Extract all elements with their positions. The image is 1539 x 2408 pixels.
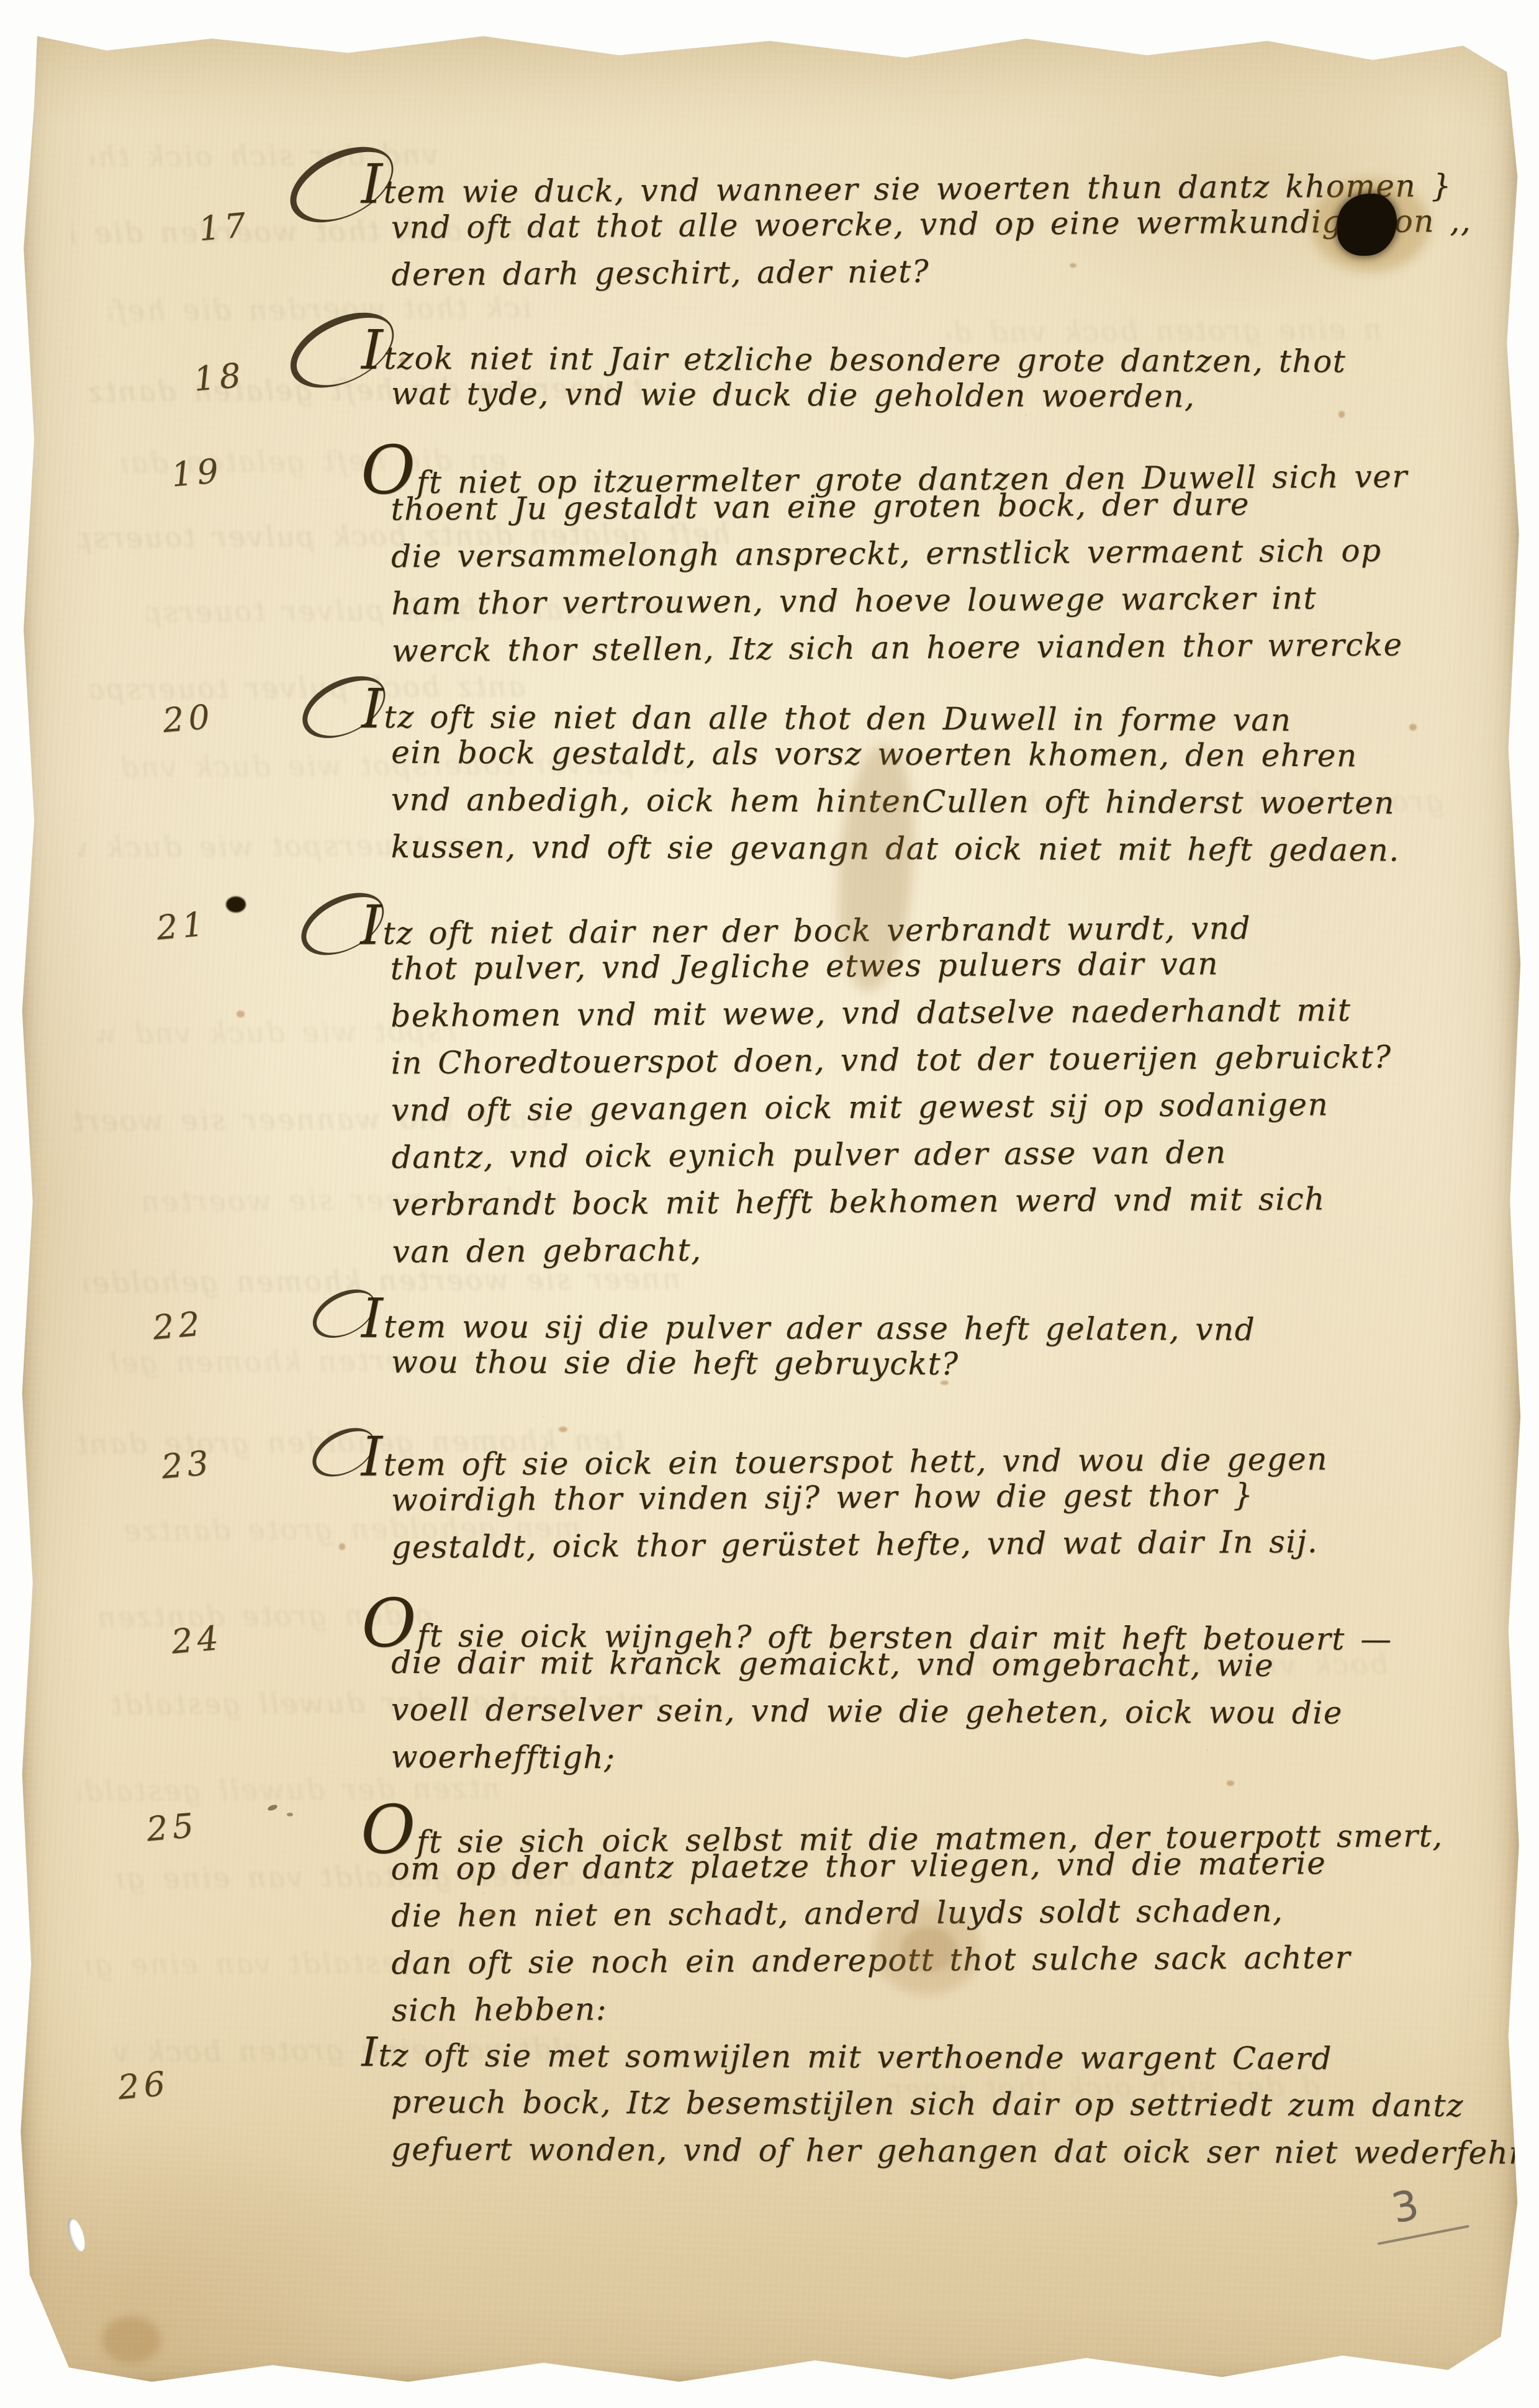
manuscript-line: gefuert wonden, vnd of her gehangen dat … [391, 2131, 1499, 2182]
rust-speck [339, 1543, 345, 1550]
manuscript-line: Itz oft sie niet dan alle thot den Duwel… [361, 687, 1499, 738]
torn-top-edge [69, 29, 1478, 38]
manuscript-line: woirdigh thor vinden sij? wer how die ge… [391, 1476, 1499, 1530]
manuscript-line: Oft sie oick wijngeh? oft bersten dair m… [361, 1597, 1499, 1648]
rust-speck [1227, 1780, 1234, 1786]
folio-number: 3 [1373, 2178, 1478, 2260]
manuscript-content: 17Item wie duck, vnd wanneer sie woerten… [16, 10, 1523, 2394]
rust-speck [1338, 411, 1345, 418]
manuscript-line: wat tyde, vnd wie duck die geholden woer… [391, 376, 1499, 426]
item-number: 19 [169, 451, 224, 495]
manuscript-line: vnd oft sie gevangen oick mit gewest sij… [391, 1086, 1499, 1140]
rust-speck [1070, 263, 1076, 268]
manuscript-line: die dair mit kranck gemaickt, vnd omgebr… [391, 1644, 1499, 1695]
item-number: 18 [192, 356, 246, 399]
manuscript-line: vnd anbedigh, oick hem hintenCullen oft … [391, 782, 1499, 832]
manuscript-line: Item oft sie oick ein touerspot hett, vn… [361, 1428, 1498, 1482]
item-number: 20 [161, 697, 215, 741]
item-17: 17Item wie duck, vnd wanneer sie woerten… [16, 159, 1499, 300]
manuscript-line: Itz oft niet dair ner der bock verbrandt… [360, 897, 1497, 951]
manuscript-line: kussen, vnd oft sie gevangn dat oick nie… [390, 829, 1498, 880]
item-22: 22Item wou sij die pulver ader asse heft… [16, 1299, 1499, 1393]
item-25: 25Oft sie sich oick selbst mit die matme… [16, 1800, 1499, 2036]
rust-speck [559, 1427, 567, 1432]
item-18: 18Itzok niet int Jair etzliche besondere… [16, 330, 1499, 425]
manuscript-line: Itz oft sie met somwijlen mit verthoende… [361, 2037, 1499, 2088]
manuscript-line: Itzok niet int Jair etzliche besondere g… [361, 328, 1499, 379]
manuscript-line: wou thou sie die heft gebruyckt? [391, 1344, 1499, 1395]
manuscript-line: voell derselver sein, vnd wie die gehete… [391, 1692, 1499, 1743]
item-19: 19Oft niet op itzuermelter grote dantzen… [16, 441, 1499, 677]
page-number-underline [1378, 2225, 1469, 2245]
manuscript-line: Oft sie sich oick selbst mit die matmen,… [361, 1797, 1498, 1851]
rust-speck [488, 1911, 495, 1916]
item-number: 24 [169, 1618, 224, 1662]
item-number: 26 [116, 2064, 171, 2108]
page-number: 3 [1388, 2181, 1423, 2233]
item-number: 21 [155, 904, 209, 948]
manuscript-line: dan oft sie noch ein anderepott thot sul… [391, 1939, 1499, 1993]
manuscript-line: om op der dantz plaetze thor vliegen, vn… [390, 1844, 1498, 1898]
manuscript-line: Item wou sij die pulver ader asse heft g… [361, 1297, 1499, 1348]
rust-speck [941, 1381, 949, 1385]
item-number: 25 [145, 1806, 199, 1849]
manuscript-line: thot pulver, vnd Jegliche etwes puluers … [390, 944, 1498, 998]
manuscript-line: deren darh geschirt, ader niet? [391, 250, 1499, 304]
item-23: 23Item oft sie oick ein touerspot hett, … [16, 1432, 1499, 1573]
manuscript-line: sich hebben: [392, 1986, 1499, 2040]
rust-speck [400, 358, 406, 363]
manuscript-line: dantz, vnd oick eynich pulver ader asse … [391, 1133, 1499, 1187]
manuscript-line: Item wie duck, vnd wanneer sie woerten t… [361, 156, 1498, 210]
item-24: 24Oft sie oick wijngeh? oft bersten dair… [16, 1599, 1499, 1788]
manuscript-line: bekhomen vnd mit wewe, vnd datselve naed… [390, 991, 1498, 1045]
rust-speck [1409, 724, 1417, 731]
item-number: 23 [160, 1443, 214, 1487]
manuscript-line: in Choredtouerspot doen, vnd tot der tou… [391, 1039, 1499, 1093]
item-number: 17 [197, 205, 251, 249]
manuscript-line: preuch bock, Itz besemstijlen sich dair … [391, 2084, 1499, 2135]
item-number: 22 [151, 1304, 205, 1348]
manuscript-line: vnd oft dat thot alle woercke, vnd op ei… [391, 203, 1499, 257]
manuscript-line: werck thor stellen, Itz sich an hoere vi… [392, 626, 1499, 680]
manuscript-line: Oft niet op itzuermelter grote dantzen d… [361, 438, 1498, 492]
rust-speck [237, 1011, 245, 1017]
manuscript-line: van den gebracht, [392, 1227, 1499, 1281]
manuscript-line: die hen niet en schadt, anderd luyds sol… [391, 1892, 1499, 1946]
item-21: 21Itz oft niet dair ner der bock verbran… [16, 900, 1499, 1278]
scanned-manuscript: vnd der sich oick thot woerden die heft … [0, 0, 1539, 2408]
manuscript-line: verbrandt bock mit hefft bekhomen werd v… [392, 1180, 1499, 1234]
manuscript-line: gestaldt, oick thor gerüstet hefte, vnd … [391, 1523, 1499, 1577]
manuscript-line: woerhefftigh; [390, 1739, 1498, 1790]
item-20: 20Itz oft sie niet dan alle thot den Duw… [16, 689, 1499, 878]
manuscript-line: ham thor vertrouwen, vnd hoeve louwege w… [391, 579, 1499, 633]
item-26: 26Itz oft sie met somwijlen mit verthoen… [16, 2039, 1499, 2180]
manuscript-line: ein bock gestaldt, als vorsz woerten kho… [391, 734, 1499, 785]
manuscript-line: die versammelongh anspreckt, ernstlick v… [391, 532, 1499, 586]
manuscript-page: vnd der sich oick thot woerden die heft … [16, 10, 1523, 2394]
manuscript-line: thoent Ju gestaldt van eine groten bock,… [390, 485, 1498, 539]
